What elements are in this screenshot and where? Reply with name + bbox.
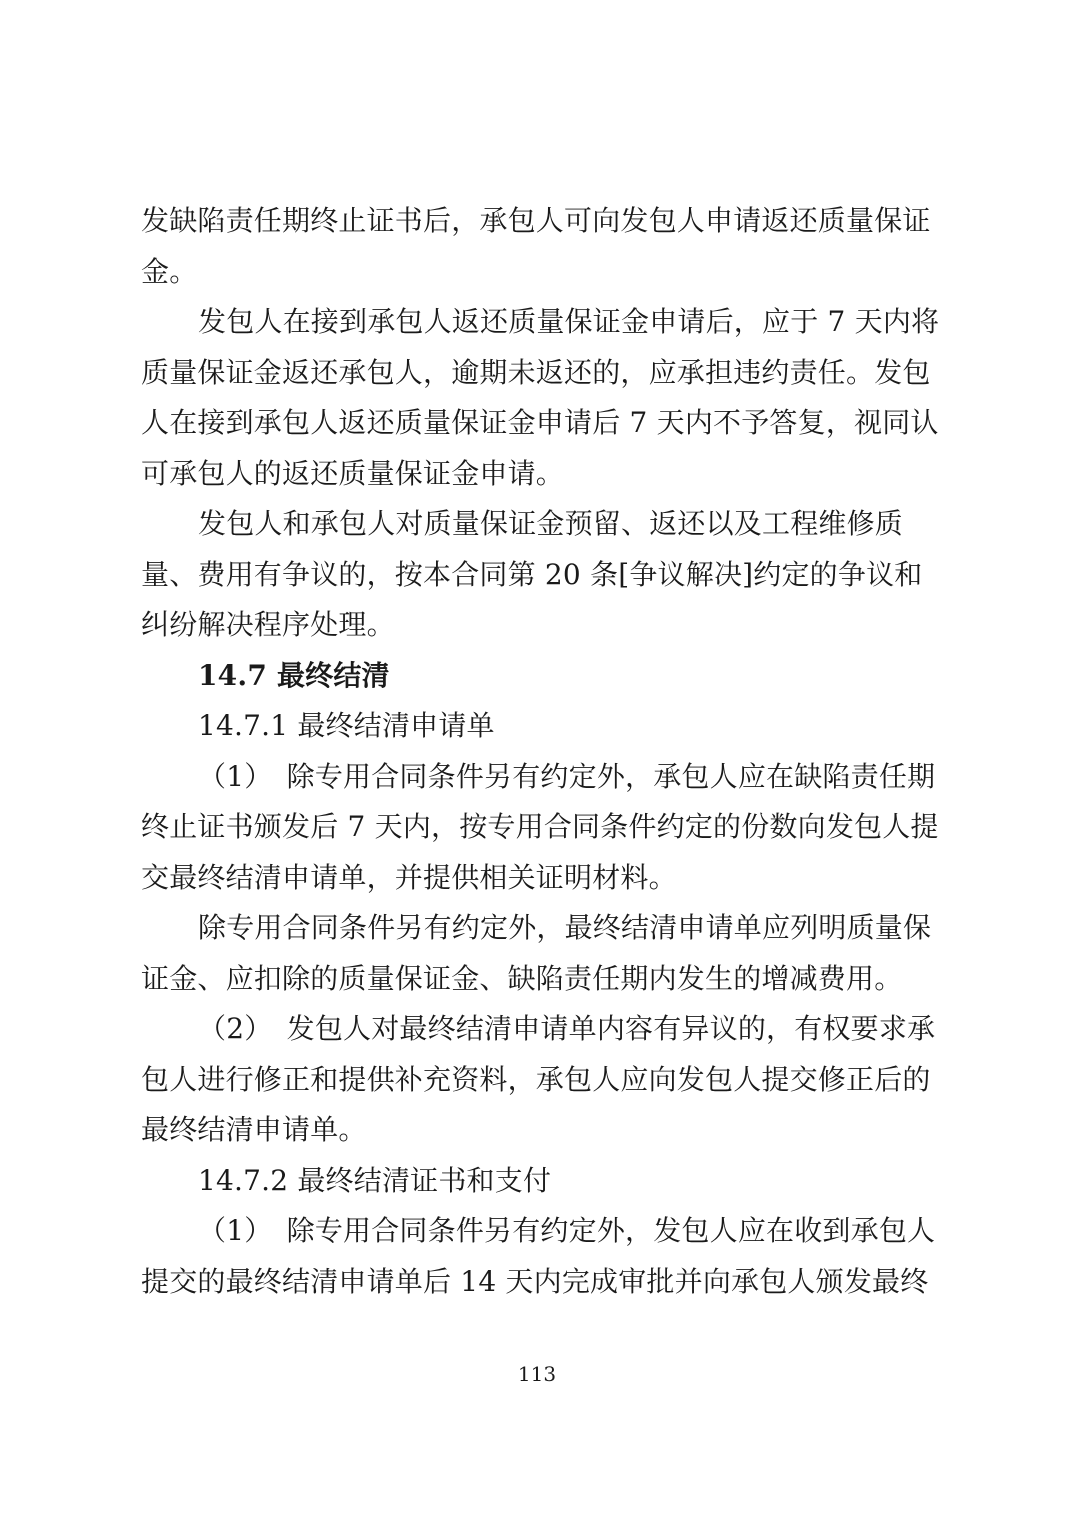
text-line: 金。: [141, 247, 941, 298]
text-line: 除专用合同条件另有约定外，最终结清申请单应列明质量保: [141, 903, 941, 954]
text-line: 证金、应扣除的质量保证金、缺陷责任期内发生的增减费用。: [141, 954, 941, 1005]
text-line: 纠纷解决程序处理。: [141, 600, 941, 651]
text-line: 发包人和承包人对质量保证金预留、返还以及工程维修质: [141, 499, 941, 550]
text-line: 最终结清申请单。: [141, 1105, 941, 1156]
text-line: （1） 除专用合同条件另有约定外，发包人应在收到承包人: [141, 1206, 941, 1257]
text-line: （1） 除专用合同条件另有约定外，承包人应在缺陷责任期: [141, 752, 941, 803]
text-line: 质量保证金返还承包人，逾期未返还的，应承担违约责任。发包: [141, 348, 941, 399]
document-page: 发缺陷责任期终止证书后，承包人可向发包人申请返还质量保证 金。 发包人在接到承包…: [0, 0, 1074, 1520]
text-line: 量、费用有争议的，按本合同第 20 条[争议解决]约定的争议和: [141, 550, 941, 601]
section-heading: 14.7 最终结清: [141, 651, 941, 702]
text-line: 包人进行修正和提供补充资料，承包人应向发包人提交修正后的: [141, 1055, 941, 1106]
text-line: （2） 发包人对最终结清申请单内容有异议的，有权要求承: [141, 1004, 941, 1055]
document-body: 发缺陷责任期终止证书后，承包人可向发包人申请返还质量保证 金。 发包人在接到承包…: [141, 196, 941, 1307]
text-line: 提交的最终结清申请单后 14 天内完成审批并向承包人颁发最终: [141, 1257, 941, 1308]
text-line: 可承包人的返还质量保证金申请。: [141, 449, 941, 500]
subsection-heading: 14.7.1 最终结清申请单: [141, 701, 941, 752]
text-line: 发缺陷责任期终止证书后，承包人可向发包人申请返还质量保证: [141, 196, 941, 247]
text-line: 人在接到承包人返还质量保证金申请后 7 天内不予答复，视同认: [141, 398, 941, 449]
page-number: 113: [0, 1362, 1074, 1386]
text-line: 交最终结清申请单，并提供相关证明材料。: [141, 853, 941, 904]
text-line: 发包人在接到承包人返还质量保证金申请后，应于 7 天内将: [141, 297, 941, 348]
text-line: 终止证书颁发后 7 天内，按专用合同条件约定的份数向发包人提: [141, 802, 941, 853]
subsection-heading: 14.7.2 最终结清证书和支付: [141, 1156, 941, 1207]
